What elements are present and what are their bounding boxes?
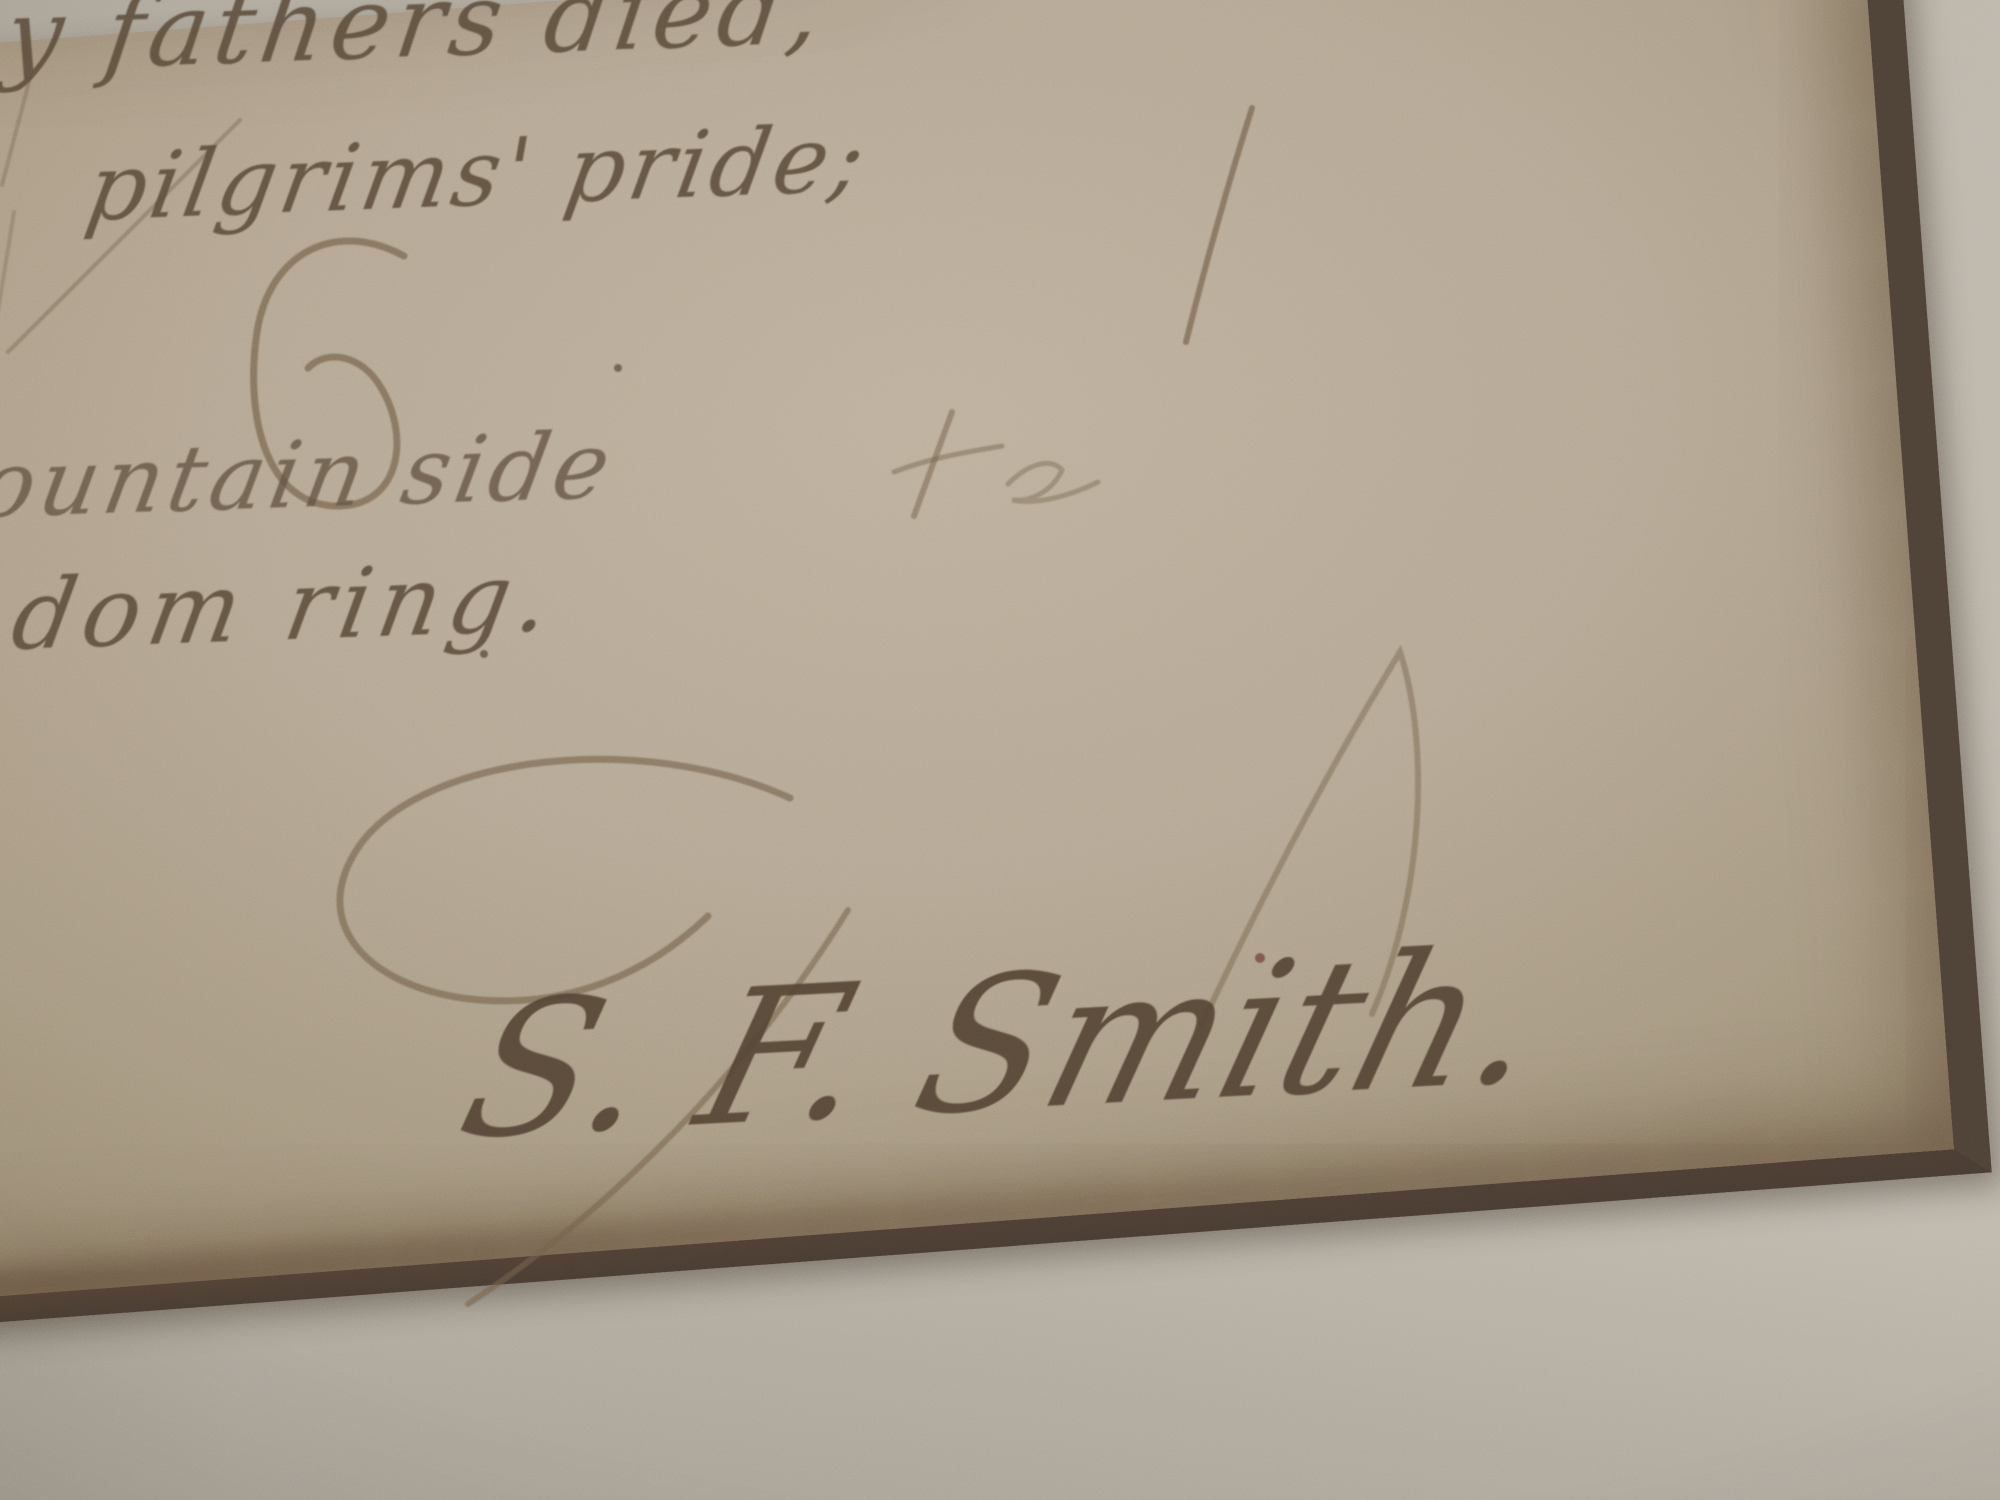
photo-grain-overlay: [0, 0, 2000, 1500]
framed-manuscript-photo: y fathers died, pilgrims' pride; ountain…: [0, 0, 2000, 1500]
